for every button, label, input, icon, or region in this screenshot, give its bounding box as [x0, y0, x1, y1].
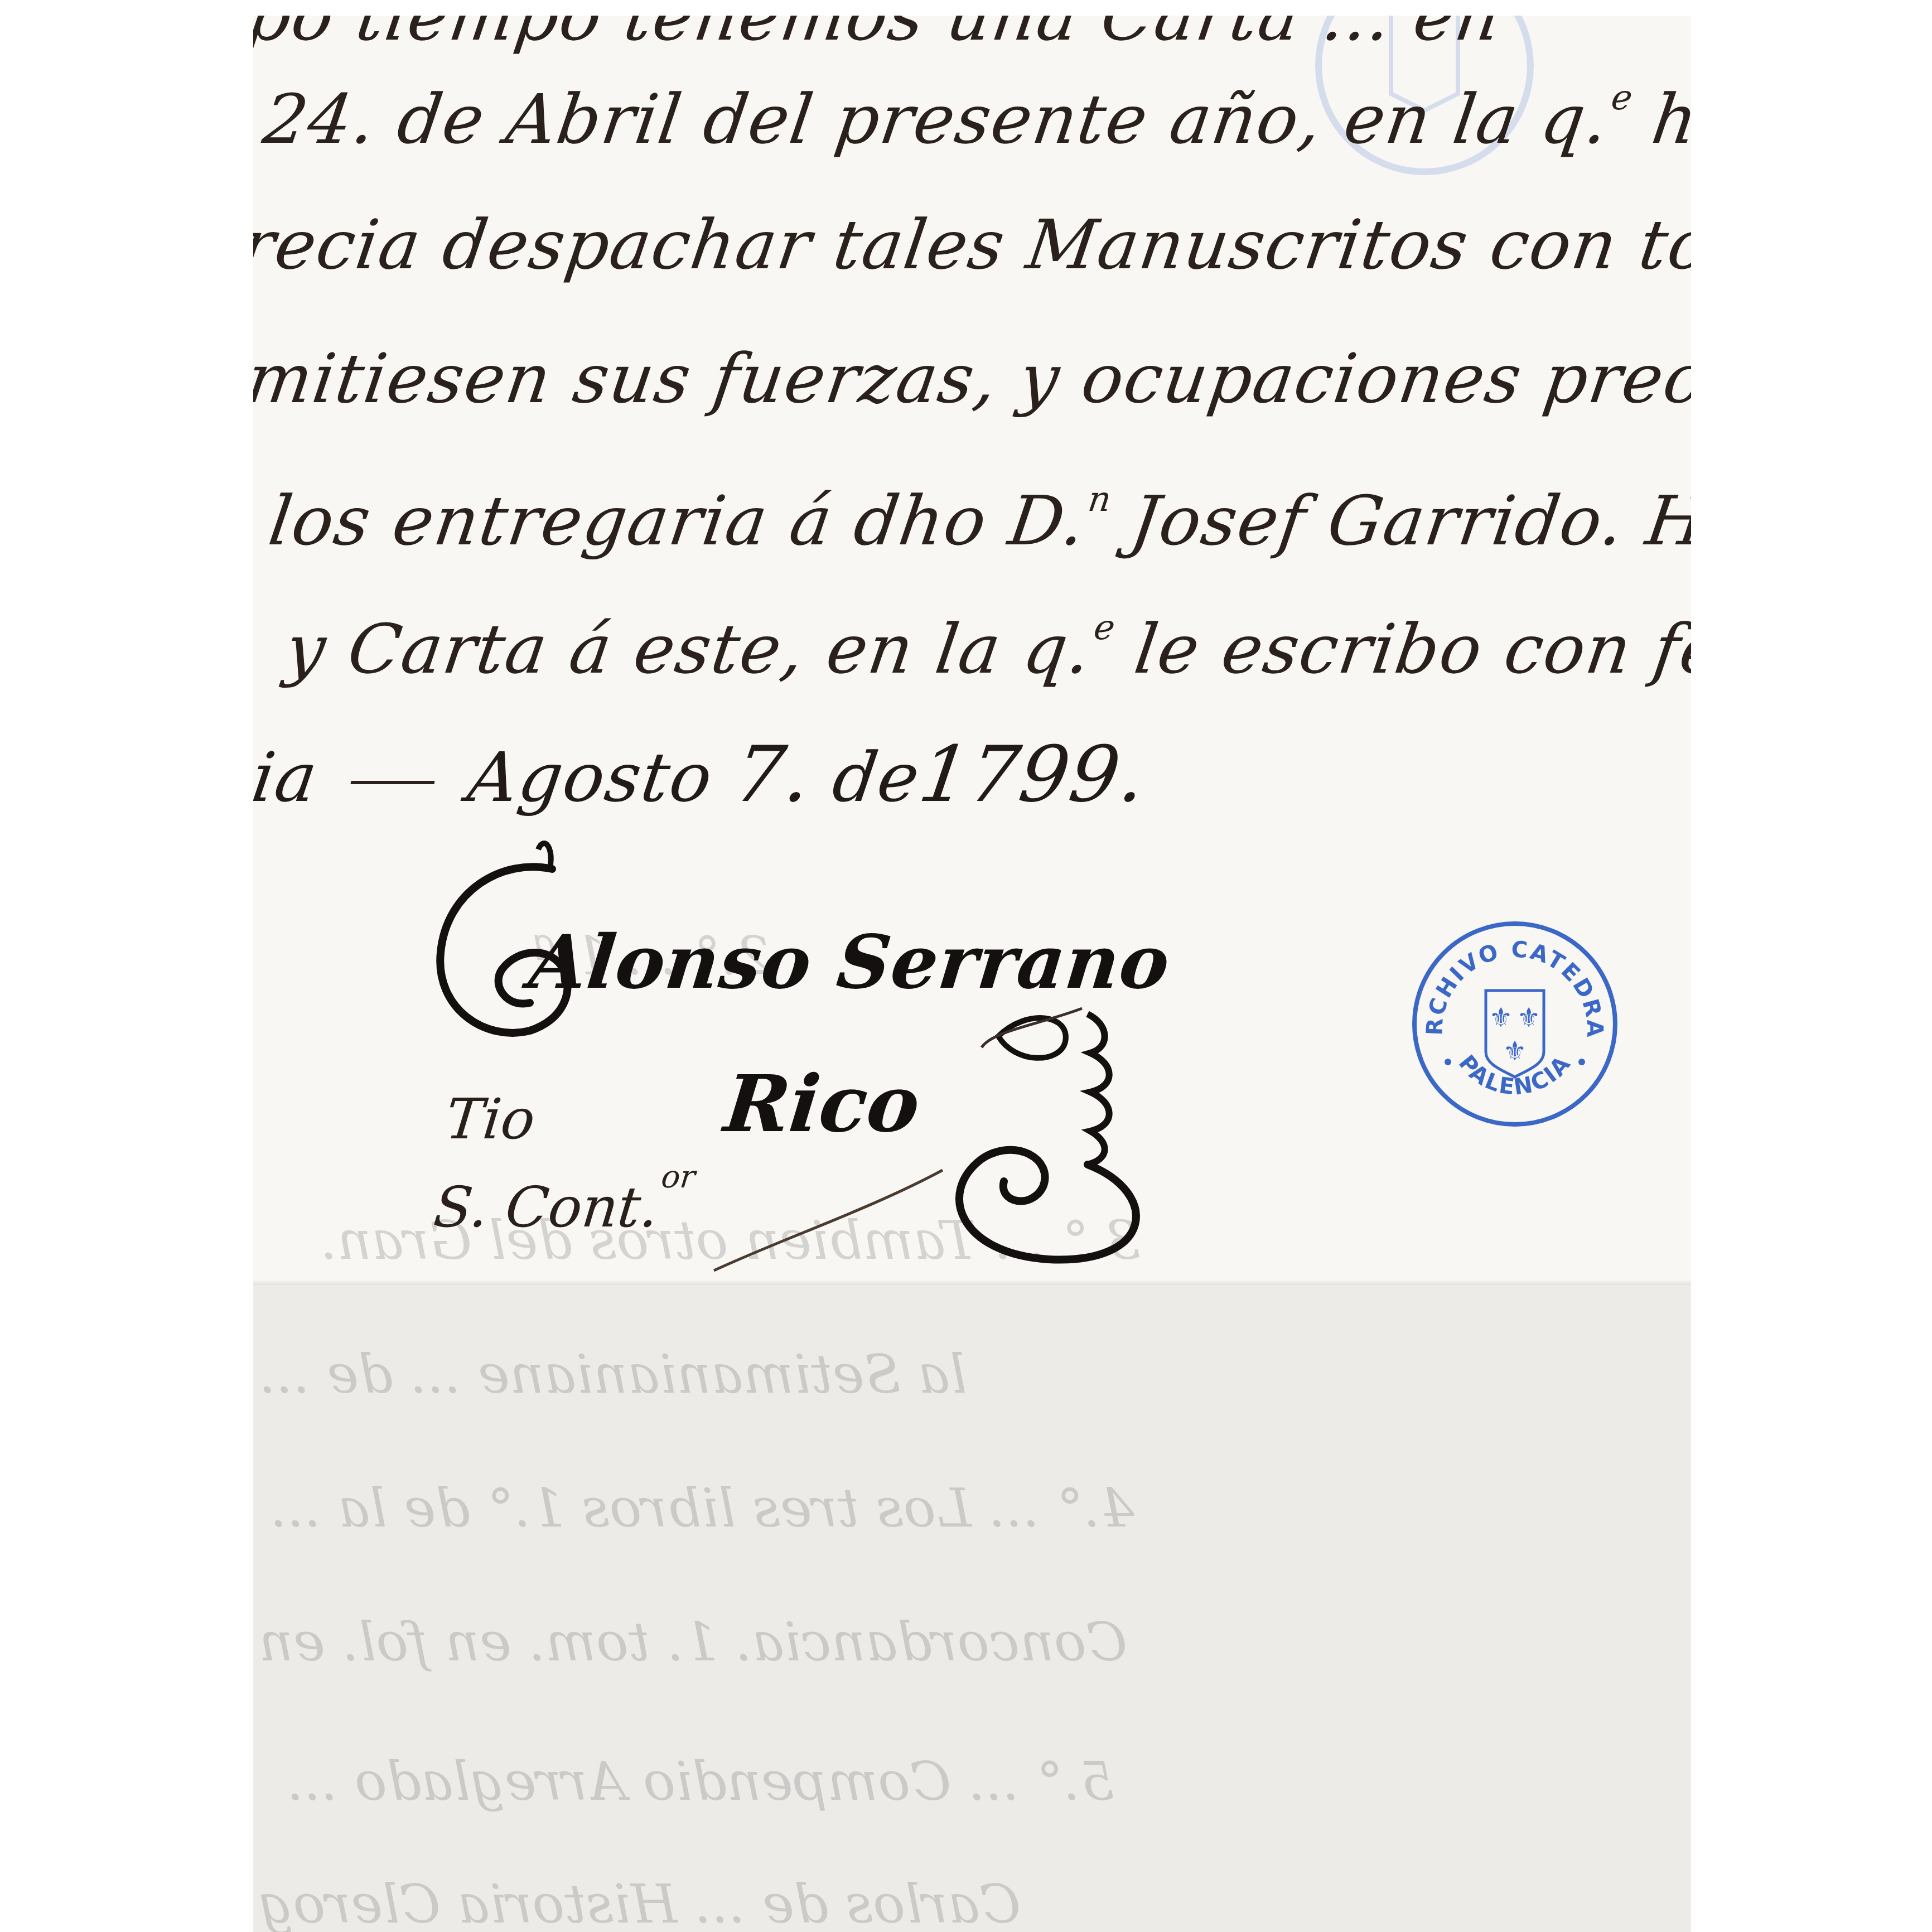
stamp-separator-dot	[1445, 1059, 1451, 1065]
text-line-3: mitiesen sus fuerzas, y ocupaciones prec…	[253, 339, 1691, 418]
bleed-through-line: Concordancia. 1. tom. en fol. en	[259, 1611, 1127, 1673]
signature-title-line1: Tio	[443, 1086, 538, 1152]
bleed-through-line: Carlos de ... Historia Clerog	[259, 1873, 1021, 1932]
svg-text:⚜: ⚜	[1489, 1002, 1513, 1033]
bleed-through-line: la Setimanianiane ... de ...	[259, 1343, 967, 1405]
fleur-de-lis-shield-icon: ⚜ ⚜ ⚜	[1486, 991, 1544, 1077]
svg-text:⚜: ⚜	[1516, 1002, 1540, 1033]
signature-first-name: Alonso Serrano	[525, 919, 1174, 1006]
signature-title-line2: S. Cont.or	[431, 1159, 697, 1240]
signature-block: Alonso Serrano Rico Tio S. Cont.or	[424, 824, 1216, 1282]
text-line-4: los entregaria á dho D.n Josef Garrido. …	[264, 479, 1691, 561]
date-line: ia Agosto 7. de1799.	[253, 730, 1152, 819]
archive-stamp: ARCHIVO CATEDRAL PALENCIA ⚜ ⚜ ⚜	[1409, 918, 1621, 1130]
bleed-through-line: 4.° ... Los tres libros 1.° de la ...	[270, 1477, 1134, 1539]
text-line-0: po tiempo tenemos una Carta ... en	[253, 16, 1506, 56]
text-line-5: y Carta á este, en la q.e le escribo con…	[281, 607, 1691, 689]
svg-text:⚜: ⚜	[1503, 1036, 1527, 1067]
bleed-through-line: 5.° ... Compendio Arreglado ...	[287, 1750, 1114, 1813]
manuscript-page: 2.° ... 1.ª 3.° ... Tambien otros del Gr…	[253, 16, 1691, 1932]
signature-surname: Rico	[720, 1059, 924, 1150]
text-line-1: 24. de Abril del presente año, en la q.e…	[259, 77, 1691, 159]
text-line-2: recia despachar tales Manuscritos con to…	[253, 205, 1691, 284]
flourish-dash	[350, 781, 434, 784]
stamp-separator-dot	[1578, 1059, 1585, 1065]
